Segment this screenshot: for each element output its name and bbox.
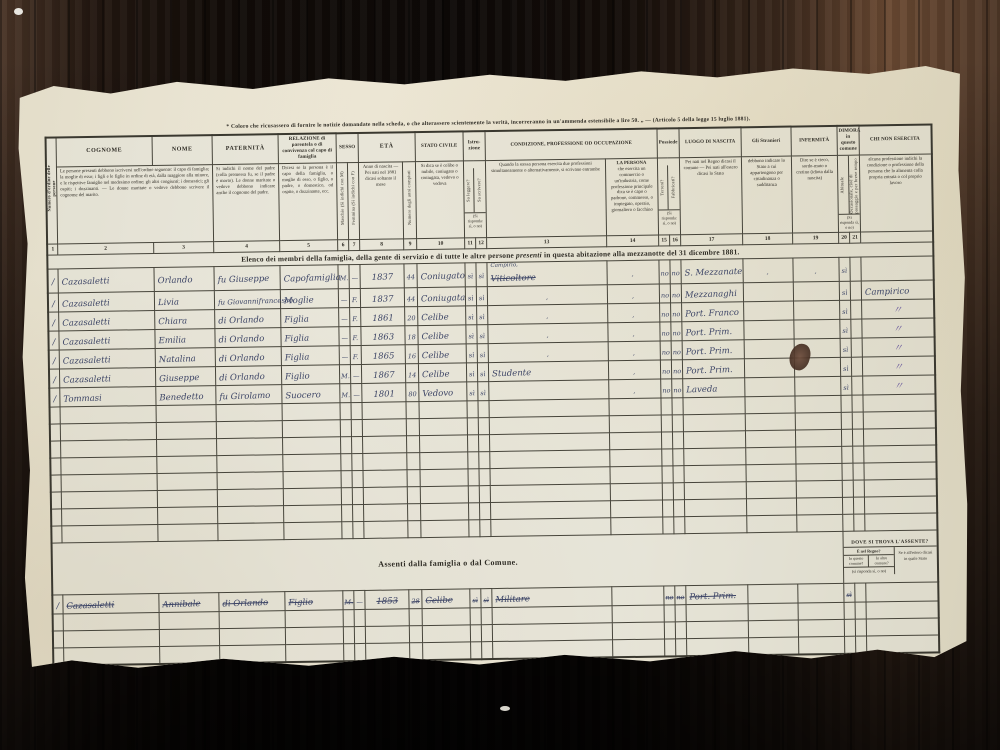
empty-cell (422, 625, 470, 643)
row-mark: ∕ (53, 377, 56, 386)
cell-sesso-m: — (341, 335, 348, 342)
empty-cell (407, 504, 420, 521)
cell-cognome: Cazasaletti (63, 375, 111, 385)
cell-stato: Vedovo (422, 390, 453, 399)
cell-cognome: Cazasaletti (66, 601, 114, 611)
empty-cell (468, 503, 479, 520)
possiede-pair: Terreni? Fabbricati? (Si risponda: sì, o… (657, 158, 680, 235)
empty-cell (217, 472, 283, 490)
cell-sesso-m: — (341, 316, 348, 323)
colnum: 19 (793, 232, 839, 244)
empty-cell (410, 643, 423, 660)
empty-cell (683, 397, 745, 415)
sesso-maschio-label: Maschio (Si indichi con M) (340, 172, 346, 226)
sa-scrivere-label: Sa scrivere? (477, 178, 482, 202)
dove-questo-comune: In questo comune? (844, 556, 870, 567)
empty-cell (481, 608, 492, 625)
cell-sesso-m: M. (341, 392, 350, 399)
cell-nome: Orlando (158, 277, 193, 287)
elenco-em: presenti (516, 250, 542, 259)
empty-cell (469, 520, 480, 537)
empty-cell (610, 500, 662, 518)
cell-terreni: no (665, 595, 673, 602)
cell-relazione: Figlia (284, 316, 309, 325)
cell-sesso-f: — (353, 392, 360, 399)
empty-cell (854, 514, 865, 531)
dove-altro-comune: In altro comune? (869, 555, 894, 566)
cell-nome: Annibale (162, 600, 200, 610)
cell-fabbricati: no (671, 271, 679, 278)
cell-relazione: Figlia (284, 335, 309, 344)
empty-cell (61, 440, 157, 458)
empty-cell (745, 430, 795, 448)
empty-cell (610, 449, 662, 467)
cell-abituale: sì (843, 366, 849, 373)
empty-cell (407, 470, 420, 487)
empty-cell (470, 608, 481, 625)
empty-cell (662, 500, 673, 517)
empty-cell (283, 471, 341, 489)
empty-cell (684, 482, 746, 500)
empty-cell (664, 622, 675, 639)
empty-cell (341, 488, 352, 505)
empty-cell (748, 603, 798, 621)
row-mark: ∕ (52, 279, 55, 288)
empty-cell (340, 437, 351, 454)
empty-cell (853, 497, 864, 514)
empty-cell (796, 481, 842, 499)
empty-cell (479, 452, 490, 469)
empty-cell (478, 418, 489, 435)
empty-cell (852, 395, 863, 412)
empty-cell (611, 517, 663, 535)
cell-stranieri (748, 584, 798, 604)
col-paternita-title: PATERNITÀ (212, 134, 278, 164)
cell-stato: Celibe (421, 333, 449, 342)
cell-fabbricati: no (672, 311, 680, 318)
cell-legge: sì (468, 274, 474, 281)
cell-chi-ditto: 〃 (892, 305, 902, 316)
istruzione-risponda-note: (Si risponda: sì, o no) (465, 212, 486, 230)
empty-cell (676, 639, 687, 656)
empty-cell (419, 401, 467, 419)
cell-sesso-f: F. (352, 297, 358, 304)
cell-relazione: Suocero (285, 391, 321, 401)
empty-cell (216, 438, 282, 456)
empty-cell (51, 475, 61, 492)
cell-cognome: Cazasaletti (63, 356, 111, 366)
cell-condizione-strike: Viticoltore (491, 274, 536, 284)
cell-terreni: no (662, 350, 670, 357)
empty-cell (365, 609, 409, 627)
chi-non-esercita-note: alcuna professione indichi la condizione… (859, 154, 932, 232)
empty-cell (422, 608, 470, 626)
empty-cell (343, 610, 354, 627)
row-mark: ∕ (52, 301, 55, 310)
col-eta-title: ETÀ (358, 132, 415, 162)
cell-scrive: sì (480, 352, 486, 359)
terreni-label: Terreni? (661, 179, 666, 195)
empty-cell (217, 506, 283, 524)
cell-persona: , (634, 388, 636, 395)
colnum: 14 (607, 235, 659, 247)
empty-cell (283, 488, 341, 506)
empty-cell (63, 613, 159, 631)
table-body: Elenco dei membri della famiglia, della … (48, 242, 939, 666)
cell-anno: 1801 (373, 391, 395, 400)
empty-cell (489, 416, 609, 435)
cell-scrive: sì (480, 333, 486, 340)
colnum: 10 (417, 238, 465, 250)
empty-cell (282, 420, 340, 438)
cell-sesso-f: — (351, 275, 358, 282)
cell-relazione: Capofamiglia (284, 274, 341, 284)
cell-stato: Celibe (422, 352, 450, 361)
col-condizione-title: CONDIZIONE, PROFESSIONE OD OCCUPAZIONE (485, 129, 657, 161)
cell-terreni: no (661, 331, 669, 338)
empty-cell (467, 418, 478, 435)
empty-cell (684, 448, 746, 466)
cell-legge: sì (468, 314, 474, 321)
stato-note: Si dica se è celibe o nubile, coniugato … (415, 161, 464, 238)
cell-terreni: no (661, 312, 669, 319)
cell-stato: Celibe (425, 597, 453, 606)
colnum: 15 (659, 235, 670, 246)
empty-cell (490, 484, 610, 503)
empty-cell (406, 419, 419, 436)
cell-luogo: S. Mezzanate (684, 268, 742, 278)
empty-cell (407, 487, 420, 504)
empty-cell (856, 636, 867, 653)
empty-cell (842, 480, 853, 497)
empty-cell (158, 524, 218, 542)
cell-sesso-f: F. (352, 316, 358, 323)
cell-persona: , (633, 350, 635, 357)
empty-cell (745, 396, 795, 414)
empty-cell (53, 614, 63, 631)
cell-sesso-m: — (341, 297, 348, 304)
empty-cell (863, 394, 935, 412)
col-statocivile-title: STATO CIVILE (415, 131, 463, 161)
empty-cell (352, 505, 363, 522)
cell-relazione: Figlia (285, 354, 310, 363)
empty-cell (156, 405, 216, 423)
colnum: 18 (743, 233, 793, 245)
empty-cell (489, 399, 609, 418)
col-luogonascita-title: LUOGO DI NASCITA (679, 127, 741, 157)
row-mark: ∕ (53, 339, 56, 348)
empty-cell (61, 457, 157, 475)
cell-chi-ditto: 〃 (894, 381, 904, 392)
empty-cell (866, 618, 938, 636)
cell-scrive: sì (479, 274, 485, 281)
empty-cell (285, 610, 343, 628)
cell-fabbricati: no (673, 349, 681, 356)
cell-paternita: di Orlando (218, 316, 264, 326)
empty-cell (340, 403, 351, 420)
cell-paternita: fu Girolamo (219, 392, 270, 402)
empty-cell (159, 612, 219, 630)
la-persona-text: che esercita un commercio o un'industria… (611, 167, 653, 214)
empty-cell (362, 419, 406, 437)
empty-cell (796, 498, 842, 516)
empty-cell (363, 504, 407, 522)
empty-cell (365, 626, 409, 644)
empty-cell (52, 526, 62, 543)
empty-cell (51, 441, 61, 458)
empty-cell (352, 488, 363, 505)
cell-sesso-m: — (341, 354, 348, 361)
cell-persona (612, 586, 664, 606)
empty-cell (282, 437, 340, 455)
empty-cell (672, 432, 683, 449)
cell-luogo: Port. Franco (685, 309, 739, 319)
sa-leggere-label: Sa leggere? (467, 179, 472, 202)
empty-cell (363, 470, 407, 488)
census-sheet: * Coloro che ricusassero di fornire le n… (16, 63, 973, 673)
empty-cell (796, 464, 842, 482)
empty-cell (157, 473, 217, 491)
cell-infermita (798, 584, 844, 604)
empty-cell (855, 619, 866, 636)
cell-paternita: di Orlando (218, 335, 264, 345)
cell-anno: 1861 (372, 315, 394, 324)
numero-ordine-label: Numero d'ordine delle persone (47, 159, 58, 217)
empty-cell (408, 521, 421, 538)
empty-cell (217, 455, 283, 473)
empty-cell (50, 407, 60, 424)
empty-cell (684, 499, 746, 517)
col-sesso-title: SESSO (336, 133, 358, 163)
cell-legge: sì (469, 371, 475, 378)
cell-stato: Coniugato (421, 273, 466, 283)
empty-cell (683, 414, 745, 432)
empty-cell (674, 517, 685, 534)
empty-cell (746, 447, 796, 465)
empty-cell (661, 415, 672, 432)
empty-cell (746, 464, 796, 482)
empty-cell (409, 609, 422, 626)
cell-condizione: , (547, 351, 549, 358)
empty-cell (796, 447, 842, 465)
empty-cell (842, 446, 853, 463)
col-stranieri-title: Gli Stranieri (741, 127, 791, 157)
empty-cell (156, 422, 216, 440)
cell-persona: , (632, 293, 634, 300)
empty-cell (420, 503, 468, 521)
empty-cell (662, 483, 673, 500)
empty-cell (421, 520, 469, 538)
empty-cell (664, 605, 675, 622)
empty-cell (749, 637, 799, 655)
cell-terreni: no (662, 369, 670, 376)
cell-paternita: di Orlando (219, 373, 265, 383)
cell-chi (866, 582, 938, 602)
empty-cell (363, 487, 407, 505)
dove-estero-label: Se è all'estero dicasi in quale Stato (895, 547, 937, 575)
empty-cell (672, 415, 683, 432)
empty-cell (480, 520, 491, 537)
luogo-note: Pei nati nel Regno dicasi il comune — Pe… (679, 157, 742, 235)
empty-cell (799, 637, 845, 655)
empty-cell (675, 622, 686, 639)
sheet-content: * Coloro che ricusassero di fornire le n… (32, 113, 952, 687)
empty-cell (686, 604, 748, 622)
cell-legge: sì (468, 295, 474, 302)
cell-chi-ditto: 〃 (893, 343, 903, 354)
empty-cell (673, 449, 684, 466)
cell-anni: 18 (407, 334, 415, 341)
colnum: 16 (670, 234, 681, 245)
empty-cell (865, 513, 937, 531)
empty-cell (409, 626, 422, 643)
cell-condizione: , (546, 294, 548, 301)
cell-cognome: Cazasaletti (62, 278, 110, 288)
empty-cell (855, 602, 866, 619)
cell-luogo: Mezzanaghi (685, 290, 737, 300)
cell-scrive: sì (484, 597, 490, 604)
empty-cell (672, 398, 683, 415)
cell-occasionale (855, 583, 866, 602)
empty-cell (284, 522, 342, 540)
cell-legge: sì (470, 390, 476, 397)
empty-cell (341, 505, 352, 522)
empty-cell (420, 486, 468, 504)
col-nome-title: NOME (152, 135, 212, 165)
empty-cell (610, 466, 662, 484)
empty-cell (842, 463, 853, 480)
cell-terreni: no (660, 271, 668, 278)
cell-paternita: fu Giuseppe (218, 275, 270, 285)
census-table: Numero d'ordine delle persone COGNOME NO… (45, 123, 940, 666)
empty-cell (420, 452, 468, 470)
empty-cell (355, 644, 366, 661)
empty-cell (468, 469, 479, 486)
empty-cell (61, 491, 157, 509)
empty-cell (665, 639, 676, 656)
empty-cell (845, 636, 856, 653)
cell-anno: 1863 (372, 334, 394, 343)
cell-fabbricati: no (672, 330, 680, 337)
colnum: 11 (465, 237, 476, 248)
cell-persona: , (633, 369, 635, 376)
cell-stato: Coniugata (421, 294, 466, 304)
cell-sesso-f: — (353, 373, 360, 380)
cell-anni: 16 (408, 353, 416, 360)
empty-cell (423, 642, 471, 660)
cell-condizione: , (547, 313, 549, 320)
empty-cell (157, 456, 217, 474)
empty-cell (283, 454, 341, 472)
empty-cell (62, 525, 158, 543)
empty-cell (482, 642, 493, 659)
cell-terreni: no (662, 388, 670, 395)
cell-fabbricati: no (672, 292, 680, 299)
empty-cell (746, 498, 796, 516)
empty-cell (844, 619, 855, 636)
empty-cell (420, 469, 468, 487)
empty-cell (853, 446, 864, 463)
cell-persona: , (633, 331, 635, 338)
empty-cell (864, 445, 936, 463)
empty-cell (662, 449, 673, 466)
cell-nome: Emilia (158, 337, 186, 346)
cell-anni: 20 (407, 315, 415, 322)
cell-legge: sì (469, 333, 475, 340)
empty-cell (406, 402, 419, 419)
colnum: 8 (360, 239, 404, 251)
cell-abituale: sì (844, 385, 850, 392)
dimora-risponda-note: (Si risponda sì, o no) (839, 214, 860, 232)
cell-condizione: , (547, 332, 549, 339)
empty-cell (673, 466, 684, 483)
empty-cell (470, 625, 481, 642)
cell-sesso-f: — (356, 599, 363, 606)
empty-cell (63, 630, 159, 648)
empty-cell (419, 418, 467, 436)
empty-cell (863, 428, 935, 446)
cell-abituale: sì (842, 290, 848, 297)
empty-cell (609, 398, 661, 416)
empty-cell (479, 503, 490, 520)
empty-cell (60, 406, 156, 424)
colnum: 7 (349, 239, 360, 250)
cell-chi-ditto: 〃 (893, 362, 903, 373)
empty-cell (685, 516, 747, 534)
empty-cell (493, 640, 613, 659)
empty-cell (351, 437, 362, 454)
cell-cognome: Cazasaletti (62, 318, 110, 328)
possiede-risponda-note: (Si risponda: sì, o no) (659, 209, 680, 227)
empty-cell (842, 497, 853, 514)
empty-cell (613, 639, 665, 657)
empty-cell (341, 454, 352, 471)
cell-stato: Celibe (421, 314, 449, 323)
empty-cell (478, 401, 489, 418)
empty-cell (468, 486, 479, 503)
empty-cell (795, 413, 841, 431)
cell-abituale: sì (842, 268, 848, 275)
empty-cell (492, 606, 612, 625)
terreni-cell: Terreni? (658, 165, 669, 209)
empty-cell (51, 492, 61, 509)
empty-cell (364, 521, 408, 539)
empty-cell (217, 489, 283, 507)
empty-cell (61, 474, 157, 492)
eta-anni-label: Numero degli anni compiuti (407, 170, 413, 225)
cell-paternita: di Orlando (222, 599, 268, 609)
cell-paternita: di Orlando (219, 354, 265, 364)
empty-cell (62, 508, 158, 526)
colnum: 21 (850, 232, 861, 243)
empty-cell (609, 432, 661, 450)
empty-cell (489, 433, 609, 452)
cell-condizione: Campirio, (490, 260, 606, 269)
empty-cell (612, 622, 664, 640)
dust-speck (500, 706, 510, 711)
empty-cell (52, 509, 62, 526)
empty-cell (479, 486, 490, 503)
col-infermita-title: INFERMITÀ (791, 126, 837, 156)
empty-cell (467, 435, 478, 452)
empty-cell (282, 403, 340, 421)
elenco-post: in questa abitazione alla mezzanotte del… (544, 247, 740, 259)
empty-cell (341, 471, 352, 488)
empty-cell (406, 436, 419, 453)
cell-anni: 28 (411, 598, 419, 605)
empty-cell (216, 421, 282, 439)
empty-cell (491, 518, 611, 537)
